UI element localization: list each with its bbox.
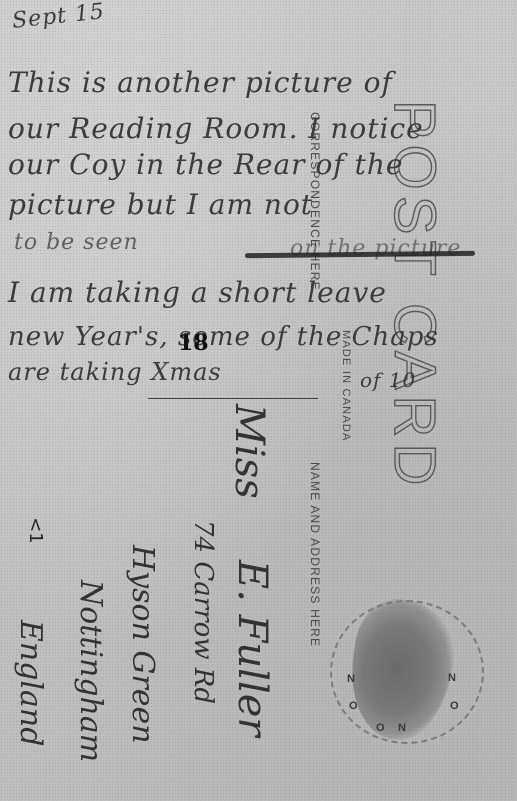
continuation-note: of 10 [360,368,416,392]
message-line-2: our Reading Room. I notice [8,112,424,145]
address-district: Hyson Green [125,545,160,744]
postmark-letter: O [376,722,385,734]
message-line-7: new Year's, some of the Chaps [8,322,439,352]
divider-rule [148,398,318,399]
message-line-4: picture but I am not [8,188,313,221]
message-line-8: are taking Xmas [8,358,222,386]
postmark-letter: N [448,672,456,684]
message-line-5: to be seen [14,230,139,255]
address-street: 74 Carrow Rd [188,520,218,704]
address-country: England [13,620,48,746]
postcard-back: POST CARD CORRESPONDENCE HERE MADE IN CA… [0,0,517,801]
address-city: Nottingham [73,580,108,762]
message-line-1: This is another picture of [8,66,393,99]
address-label: NAME AND ADDRESS HERE [308,462,322,647]
side-marker: <1 [25,517,46,544]
postmark-letter: O [349,700,358,712]
postmark-letter: N [398,722,406,734]
message-line-3: our Coy in the Rear of the [8,148,403,181]
corner-note: Sept 15 [11,0,106,34]
address-salutation: Miss [226,404,272,499]
message-line-6: I am taking a short leave [8,276,387,309]
address-name: E. Fuller [229,560,275,737]
postmark-letter: N [347,673,355,685]
inserted-number: 18 [178,330,209,356]
postmark-letter: O [450,700,459,712]
